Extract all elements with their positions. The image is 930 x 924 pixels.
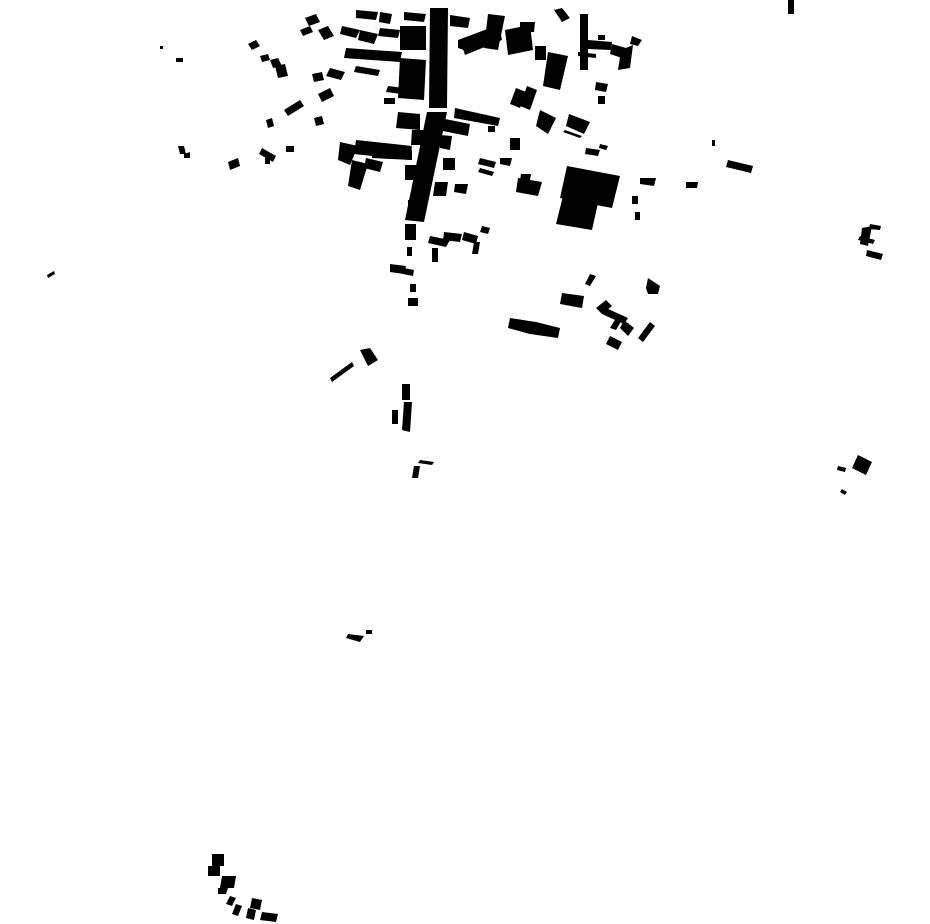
building-footprint xyxy=(176,58,183,62)
building-footprint xyxy=(405,224,416,240)
building-footprint xyxy=(160,46,163,49)
building-footprint xyxy=(440,135,452,150)
building-footprint xyxy=(400,26,426,50)
building-footprint xyxy=(510,138,520,150)
building-footprint xyxy=(366,630,372,634)
building-footprint xyxy=(265,158,270,164)
building-footprint xyxy=(632,196,638,204)
building-footprint xyxy=(598,35,605,40)
building-footprint xyxy=(408,200,420,212)
building-footprint xyxy=(488,126,495,132)
building-footprint xyxy=(686,182,698,188)
building-footprint xyxy=(250,898,262,910)
building-footprint xyxy=(411,130,425,145)
building-footprint xyxy=(598,96,605,104)
building-footprint xyxy=(413,183,424,194)
building-footprint xyxy=(392,410,398,424)
building-footprint xyxy=(433,182,448,196)
building-footprint xyxy=(208,866,220,876)
building-footprint xyxy=(398,58,426,100)
building-footprint xyxy=(535,46,546,60)
building-footprint xyxy=(286,146,294,152)
building-footprint-map xyxy=(0,0,930,924)
building-footprint xyxy=(443,158,455,170)
building-footprint xyxy=(405,165,420,180)
building-footprint xyxy=(432,248,438,262)
building-footprint xyxy=(212,854,224,866)
building-footprint xyxy=(379,12,392,24)
building-footprint xyxy=(635,212,640,220)
building-footprint xyxy=(410,284,416,292)
building-footprint xyxy=(384,98,395,104)
building-footprint xyxy=(372,148,412,160)
building-footprint xyxy=(788,0,794,14)
building-footprint xyxy=(408,298,418,306)
building-footprint xyxy=(220,876,236,888)
building-footprint xyxy=(429,8,448,108)
building-footprint xyxy=(407,247,412,256)
building-footprint xyxy=(396,112,420,130)
map-background xyxy=(0,0,930,924)
building-footprint xyxy=(520,22,535,32)
building-footprint xyxy=(402,384,410,400)
building-footprint xyxy=(580,14,588,70)
building-footprint xyxy=(712,140,715,146)
